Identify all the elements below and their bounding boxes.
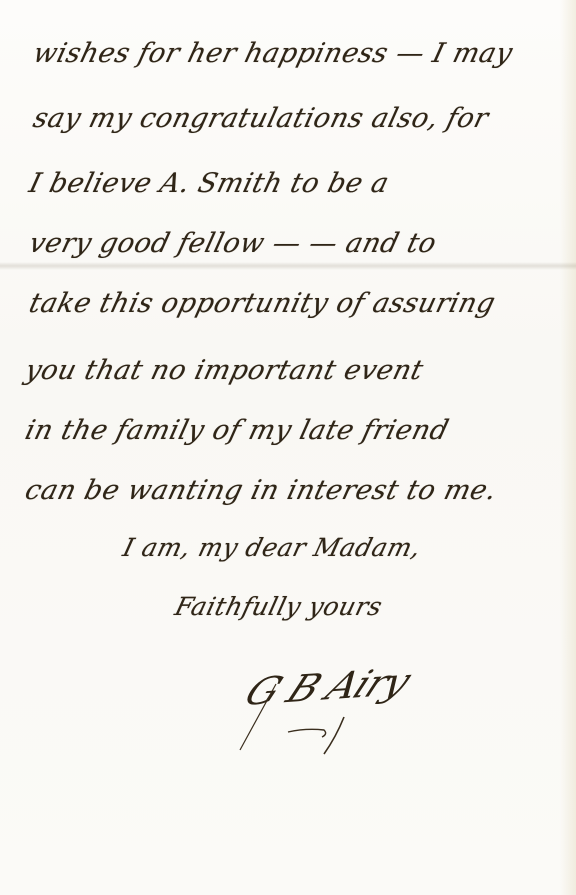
letter-line-1: wishes for her happiness — I may	[30, 38, 516, 69]
signature-flourish-icon	[236, 662, 386, 762]
closing-salutation: I am, my dear Madam,	[120, 533, 424, 562]
letter-line-4: very good fellow — — and to	[26, 228, 440, 259]
letter-line-7: in the family of my late friend	[22, 415, 452, 446]
letter-line-3: I believe A. Smith to be a	[26, 168, 392, 199]
letter-page: wishes for her happiness — I may say my …	[0, 0, 576, 895]
letter-line-6: you that no important event	[22, 355, 427, 386]
closing-valediction: Faithfully yours	[172, 592, 385, 621]
letter-line-8: can be wanting in interest to me.	[22, 475, 500, 506]
letter-line-2: say my congratulations also, for	[30, 103, 492, 134]
letter-line-5: take this opportunity of assuring	[26, 288, 499, 319]
